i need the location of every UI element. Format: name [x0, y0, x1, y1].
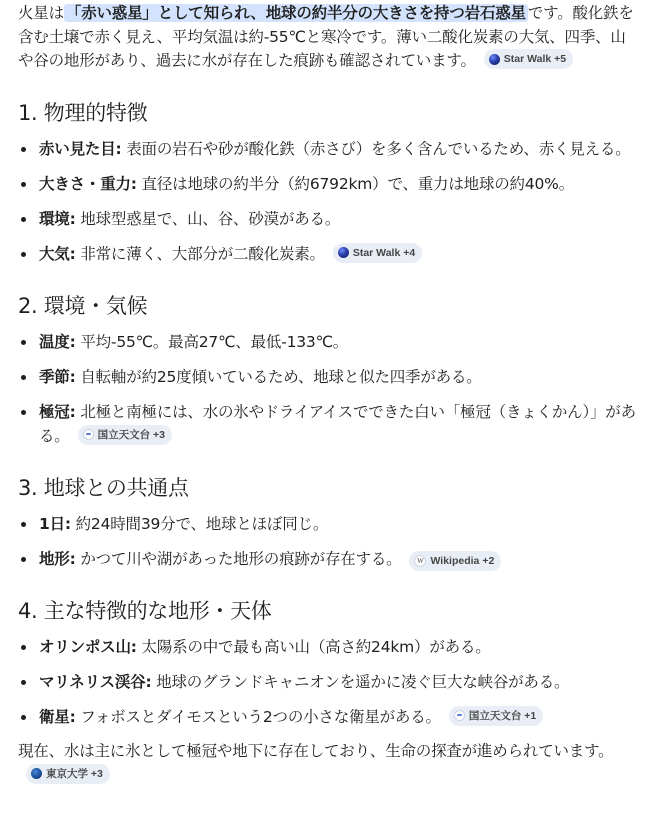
section-list: 温度: 平均-55℃。最高27℃、最低-133℃。 季節: 自転軸が約25度傾い… — [18, 330, 639, 448]
list-item: オリンポス山: 太陽系の中で最も高い山（高さ約24km）がある。 — [18, 635, 639, 659]
section-heading: 4. 主な特徴的な地形・天体 — [18, 597, 639, 625]
item-term: 季節: — [39, 368, 76, 386]
item-term: 地形: — [39, 550, 76, 568]
list-item: 極冠: 北極と南極には、水の氷やドライアイスでできた白い「極冠（きょくかん）」が… — [18, 400, 639, 448]
list-item: マリネリス渓谷: 地球のグランドキャニオンを遥かに凌ぐ巨大な峡谷がある。 — [18, 670, 639, 694]
bullet-icon — [21, 182, 26, 187]
list-item: 季節: 自転軸が約25度傾いているため、地球と似た四季がある。 — [18, 365, 639, 389]
star-walk-icon — [489, 54, 500, 65]
item-text: 地球型惑星で、山、谷、砂漠がある。 — [76, 210, 341, 228]
answer-content: 火星は「赤い惑星」として知られ、地球の約半分の大きさを持つ岩石惑星です。酸化鉄を… — [0, 0, 657, 788]
section-list: オリンポス山: 太陽系の中で最も高い山（高さ約24km）がある。 マリネリス渓谷… — [18, 635, 639, 729]
utokyo-icon — [31, 768, 42, 779]
naoj-icon — [454, 710, 465, 721]
item-text: かつて川や湖があった地形の痕跡が存在する。 — [76, 550, 402, 568]
item-text: 太陽系の中で最も高い山（高さ約24km）がある。 — [137, 638, 491, 656]
source-chip-label: 国立天文台 +3 — [98, 425, 165, 445]
list-item: 大気: 非常に薄く、大部分が二酸化炭素。Star Walk +4 — [18, 242, 639, 266]
list-item: 赤い見た目: 表面の岩石や砂が酸化鉄（赤さび）を多く含んでいるため、赤く見える。 — [18, 137, 639, 161]
closing-paragraph: 現在、水は主に氷として極冠や地下に存在しており、生命の探査が進められています。東… — [18, 740, 639, 788]
item-text: 地球のグランドキャニオンを遥かに凌ぐ巨大な峡谷がある。 — [151, 673, 569, 691]
source-chip[interactable]: 国立天文台 +3 — [78, 425, 172, 445]
bullet-icon — [21, 252, 26, 257]
section-list: 1日: 約24時間39分で、地球とほぼ同じ。 地形: かつて川や湖があった地形の… — [18, 512, 639, 571]
item-text: 約24時間39分で、地球とほぼ同じ。 — [71, 515, 328, 533]
source-chip-label: Wikipedia +2 — [430, 551, 494, 571]
item-term: オリンポス山: — [39, 638, 137, 656]
bullet-icon — [21, 645, 26, 650]
wikipedia-icon: W — [414, 555, 426, 567]
bullet-icon — [21, 715, 26, 720]
closing-text: 現在、水は主に氷として極冠や地下に存在しており、生命の探査が進められています。 — [18, 742, 613, 760]
bullet-icon — [21, 375, 26, 380]
source-chip-label: 国立天文台 +1 — [469, 706, 536, 726]
section-list: 赤い見た目: 表面の岩石や砂が酸化鉄（赤さび）を多く含んでいるため、赤く見える。… — [18, 137, 639, 266]
item-term: 大きさ・重力: — [39, 175, 137, 193]
item-term: 極冠: — [39, 403, 76, 421]
list-item: 温度: 平均-55℃。最高27℃、最低-133℃。 — [18, 330, 639, 354]
bullet-icon — [21, 522, 26, 527]
star-walk-icon — [338, 247, 349, 258]
item-term: 衛星: — [39, 708, 76, 726]
item-term: 1日: — [39, 515, 71, 533]
source-chip-label: Star Walk +5 — [504, 49, 566, 69]
list-item: 環境: 地球型惑星で、山、谷、砂漠がある。 — [18, 207, 639, 231]
item-text: フォボスとダイモスという2つの小さな衛星がある。 — [76, 708, 441, 726]
naoj-icon — [83, 429, 94, 440]
item-term: マリネリス渓谷: — [39, 673, 151, 691]
source-chip-label: 東京大学 +3 — [46, 764, 103, 784]
item-term: 大気: — [39, 245, 76, 263]
bullet-icon — [21, 557, 26, 562]
item-text: 平均-55℃。最高27℃、最低-133℃。 — [76, 333, 348, 351]
list-item: 1日: 約24時間39分で、地球とほぼ同じ。 — [18, 512, 639, 536]
bullet-icon — [21, 147, 26, 152]
source-chip[interactable]: WWikipedia +2 — [409, 551, 501, 571]
section-heading: 2. 環境・気候 — [18, 292, 639, 320]
source-chip[interactable]: 国立天文台 +1 — [449, 706, 543, 726]
item-term: 環境: — [39, 210, 76, 228]
intro-paragraph: 火星は「赤い惑星」として知られ、地球の約半分の大きさを持つ岩石惑星です。酸化鉄を… — [18, 0, 639, 73]
list-item: 衛星: フォボスとダイモスという2つの小さな衛星がある。国立天文台 +1 — [18, 705, 639, 729]
section-heading: 1. 物理的特徴 — [18, 99, 639, 127]
intro-prefix: 火星は — [18, 4, 64, 22]
bullet-icon — [21, 680, 26, 685]
source-chip[interactable]: Star Walk +4 — [333, 243, 422, 263]
intro-highlight: 「赤い惑星」として知られ、地球の約半分の大きさを持つ岩石惑星 — [64, 4, 528, 22]
section-heading: 3. 地球との共通点 — [18, 474, 639, 502]
bullet-icon — [21, 410, 26, 415]
item-term: 温度: — [39, 333, 76, 351]
source-chip[interactable]: Star Walk +5 — [484, 49, 573, 69]
source-chip-label: Star Walk +4 — [353, 243, 415, 263]
item-text: 表面の岩石や砂が酸化鉄（赤さび）を多く含んでいるため、赤く見える。 — [122, 140, 631, 158]
bullet-icon — [21, 217, 26, 222]
item-text: 非常に薄く、大部分が二酸化炭素。 — [76, 245, 325, 263]
list-item: 地形: かつて川や湖があった地形の痕跡が存在する。WWikipedia +2 — [18, 547, 639, 571]
source-chip[interactable]: 東京大学 +3 — [26, 764, 110, 784]
list-item: 大きさ・重力: 直径は地球の約半分（約6792km）で、重力は地球の約40%。 — [18, 172, 639, 196]
bullet-icon — [21, 340, 26, 345]
item-term: 赤い見た目: — [39, 140, 122, 158]
item-text: 直径は地球の約半分（約6792km）で、重力は地球の約40%。 — [137, 175, 574, 193]
item-text: 自転軸が約25度傾いているため、地球と似た四季がある。 — [76, 368, 482, 386]
